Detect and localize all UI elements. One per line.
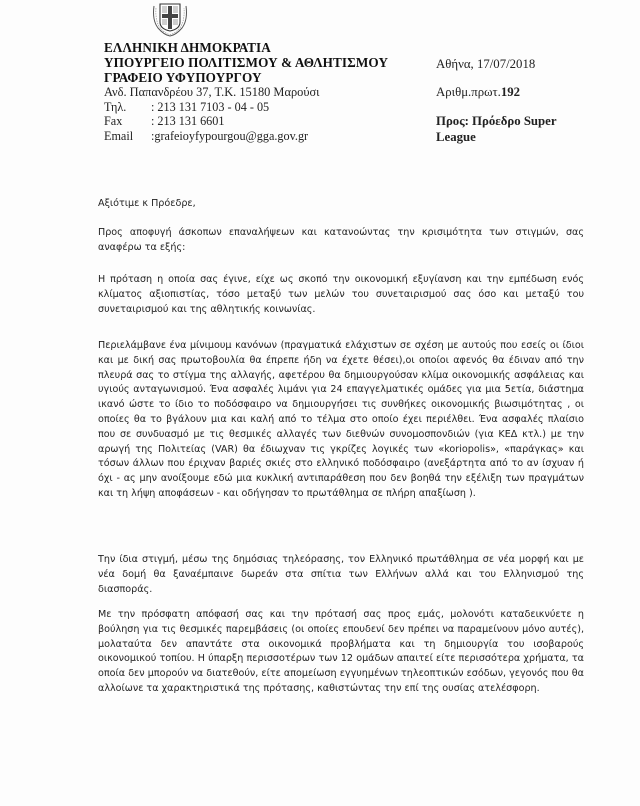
email-value: :grafeioyfypourgou@gga.gov.gr (151, 129, 308, 144)
paragraph-intro: Προς αποφυγή άσκοπων επαναλήψεων και κατ… (98, 226, 584, 256)
salutation: Αξιότιμε κ Πρόεδρε, (98, 198, 584, 209)
paragraph-proposal: Η πρόταση η οποία σας έγινε, είχε ως σκο… (98, 273, 584, 317)
ministry-name: ΥΠΟΥΡΓΕΙΟ ΠΟΛΙΤΙΣΜΟΥ & ΑΘΛΗΤΙΣΜΟΥ (104, 55, 388, 70)
fax-value: : 213 131 6601 (151, 114, 224, 129)
recipient: Προς: Πρόεδρο Super League (436, 113, 576, 145)
email-row: Email :grafeioyfypourgou@gga.gov.gr (104, 129, 388, 144)
phone-row: Τηλ. : 213 131 7103 - 04 - 05 (104, 100, 388, 115)
email-label: Email (104, 129, 151, 144)
phone-label: Τηλ. (104, 100, 151, 115)
office-name: ΓΡΑΦΕΙΟ ΥΦΥΠΟΥΡΓΟΥ (104, 70, 388, 85)
letter-page: ΕΛΛΗΝΙΚΗ ΔΗΜΟΚΡΑΤΙΑ ΥΠΟΥΡΓΕΙΟ ΠΟΛΙΤΙΣΜΟΥ… (0, 0, 640, 806)
fax-row: Fax : 213 131 6601 (104, 114, 388, 129)
letter-date: Αθήνα, 17/07/2018 (436, 57, 535, 72)
greek-coat-of-arms-icon (148, 0, 192, 38)
paragraph-rules: Περιελάμβανε ένα μίνιμουμ κανόνων (πραγμ… (98, 339, 584, 502)
protocol-number: Αριθμ.πρωτ.192 (436, 85, 520, 100)
fax-label: Fax (104, 114, 151, 129)
protocol-value: 192 (501, 85, 520, 99)
protocol-label: Αριθμ.πρωτ. (436, 85, 501, 99)
office-address: Ανδ. Παπανδρέου 37, Τ.Κ. 15180 Μαρούσι (104, 85, 388, 100)
paragraph-broadcast: Την ίδια στιγμή, μέσω της δημόσιας τηλεό… (98, 553, 584, 597)
letterhead: ΕΛΛΗΝΙΚΗ ΔΗΜΟΚΡΑΤΙΑ ΥΠΟΥΡΓΕΙΟ ΠΟΛΙΤΙΣΜΟΥ… (104, 40, 388, 143)
republic-name: ΕΛΛΗΝΙΚΗ ΔΗΜΟΚΡΑΤΙΑ (104, 40, 388, 55)
paragraph-decision: Με την πρόσφατη απόφασή σας και την πρότ… (98, 608, 584, 697)
phone-value: : 213 131 7103 - 04 - 05 (151, 100, 269, 115)
